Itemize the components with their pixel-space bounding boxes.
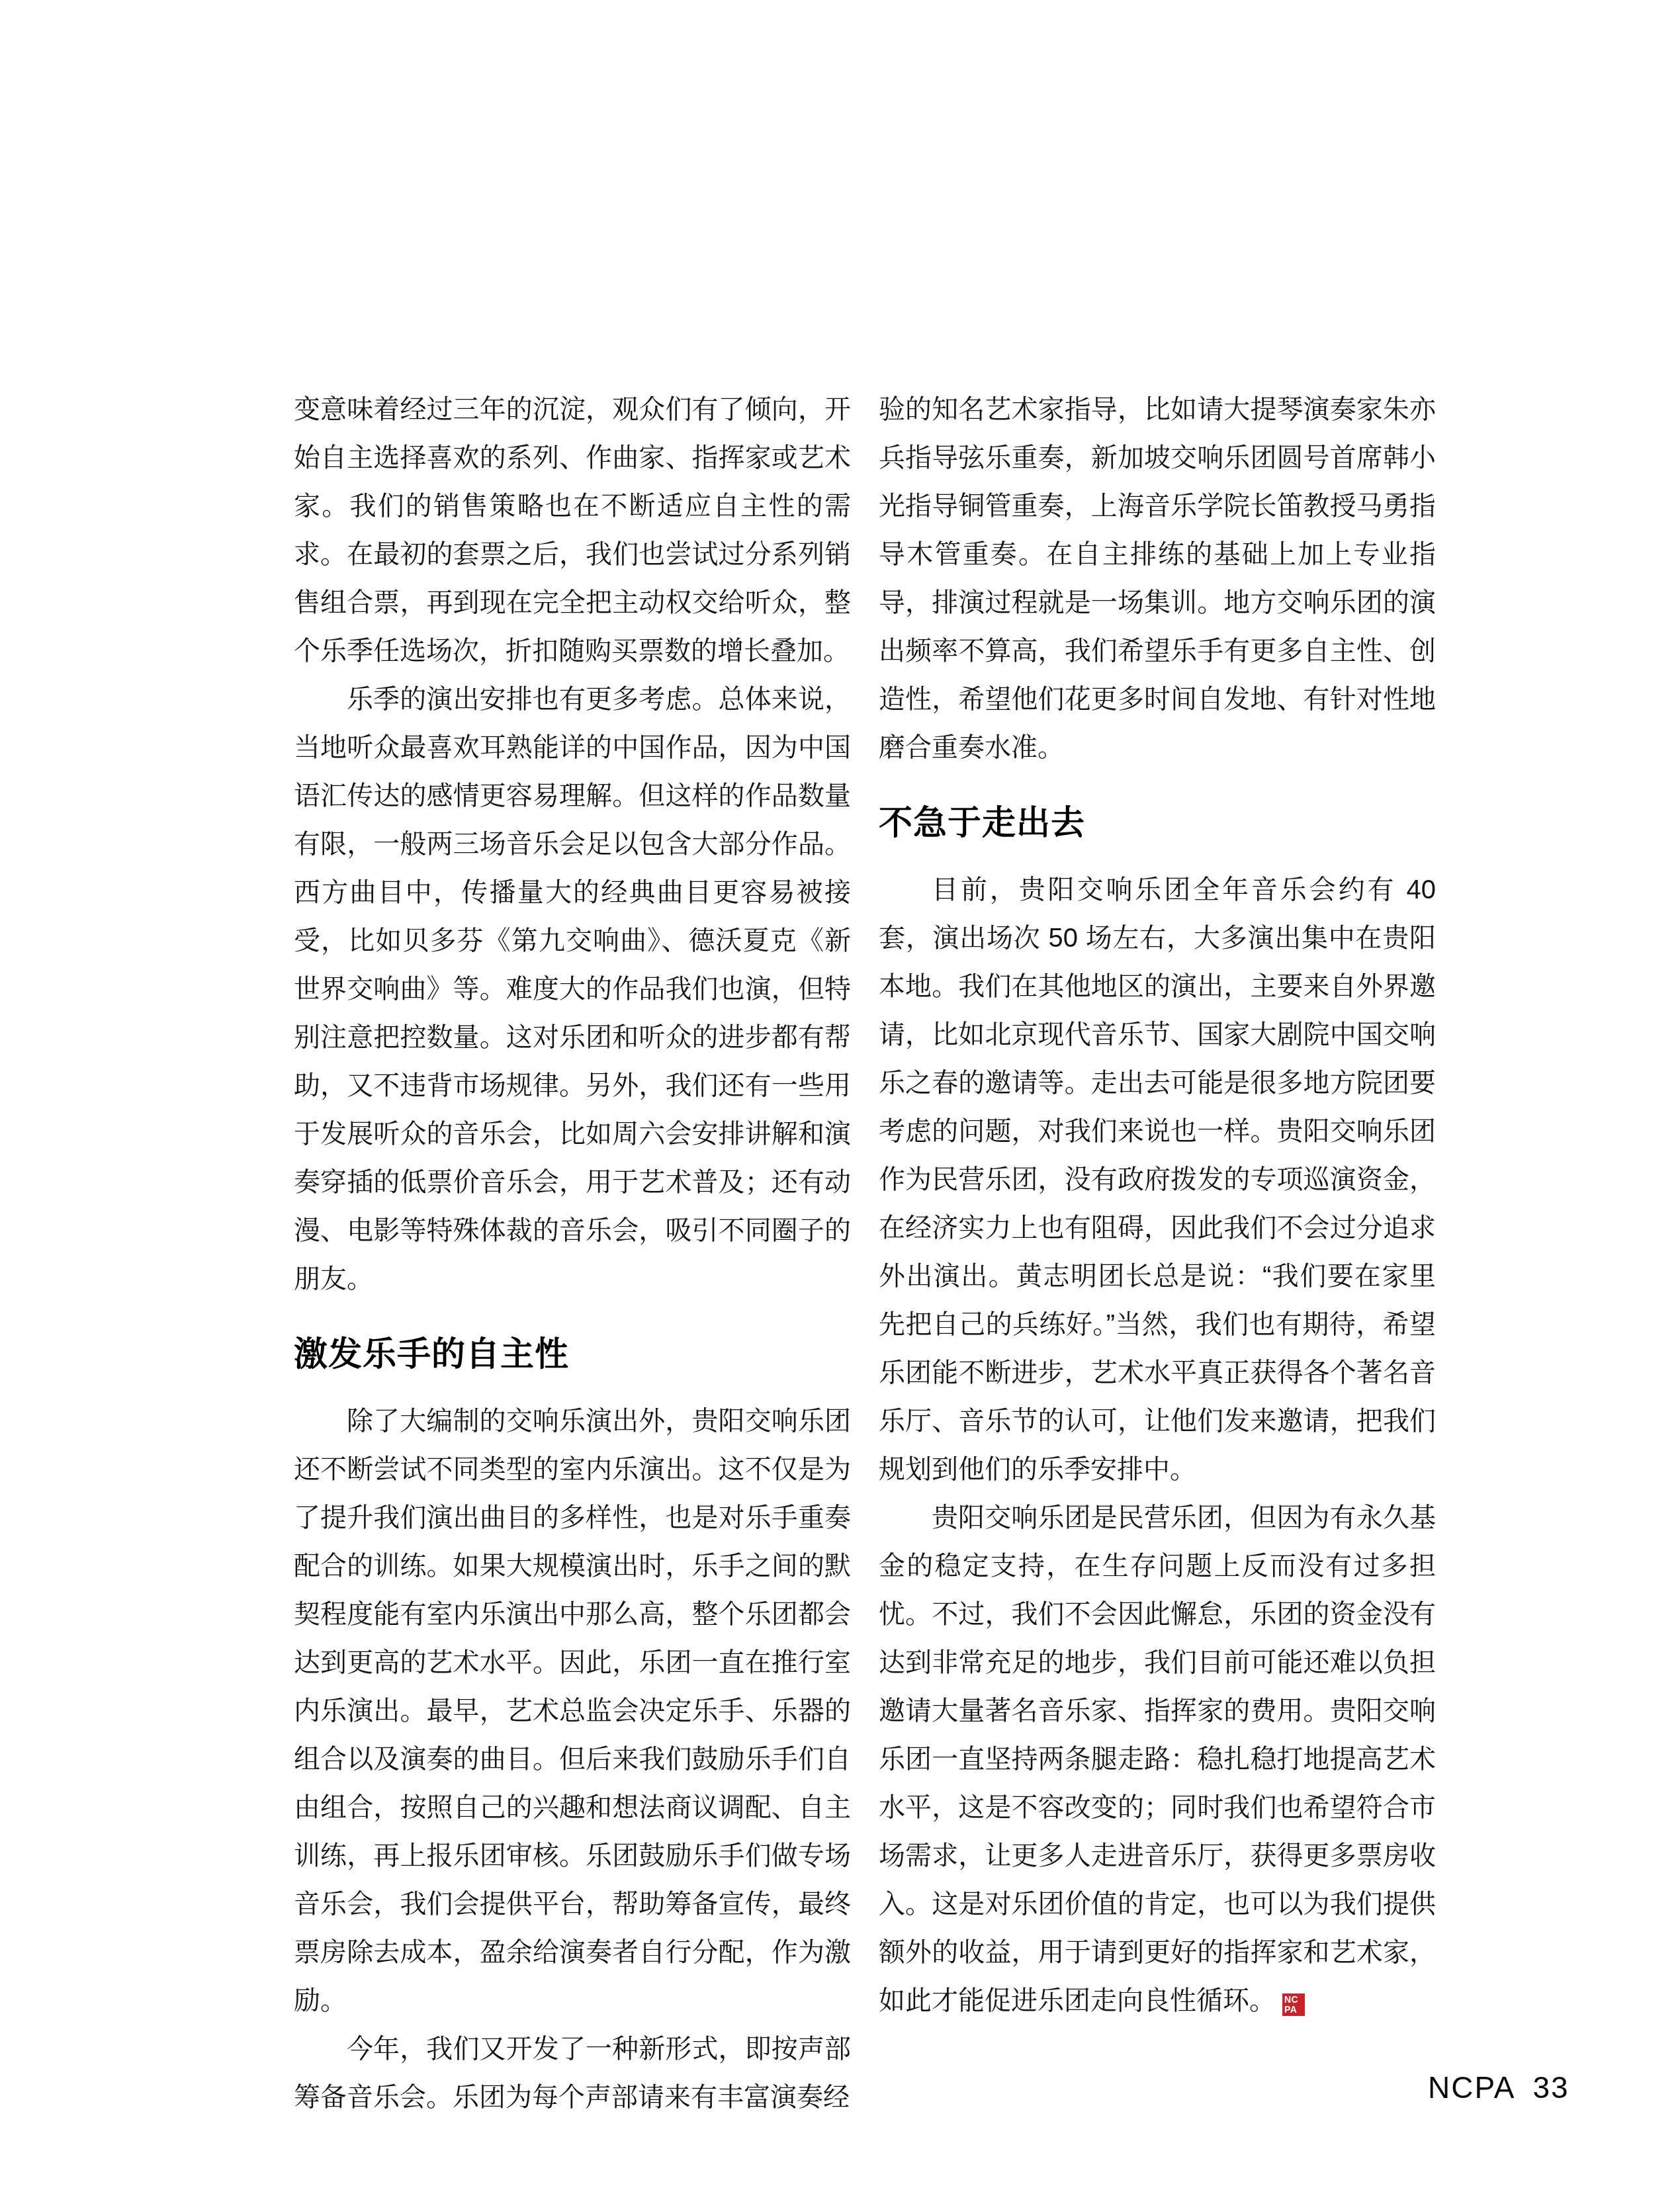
heading-not-rushing-out: 不急于走出去 (879, 804, 1436, 842)
left-column: 变意味着经过三年的沉淀，观众们有了倾向，开始自主选择喜欢的系列、作曲家、指挥家或… (294, 386, 851, 2122)
paragraph-chamber-music: 除了大编制的交响乐演出外，贵阳交响乐团还不断尝试不同类型的室内乐演出。这不仅是为… (294, 1397, 851, 2025)
page-footer: NCPA33 (1428, 2071, 1569, 2104)
paragraph-sales-strategy: 变意味着经过三年的沉淀，观众们有了倾向，开始自主选择喜欢的系列、作曲家、指挥家或… (294, 386, 851, 676)
paragraph-guest-mentors: 验的知名艺术家指导，比如请大提琴演奏家朱亦兵指导弦乐重奏，新加坡交响乐团圆号首席… (879, 386, 1436, 772)
paragraph-local-performances: 目前，贵阳交响乐团全年音乐会约有 40 套，演出场次 50 场左右，大多演出集中… (879, 866, 1436, 1494)
paragraph-season-programming: 乐季的演出安排也有更多考虑。总体来说，当地听众最喜欢耳熟能详的中国作品，因为中国… (294, 676, 851, 1303)
paragraph-funding-text: 贵阳交响乐团是民营乐团，但因为有永久基金的稳定支持，在生存问题上反而没有过多担忧… (879, 1503, 1436, 2015)
ncpa-end-mark-line2: PA (1284, 2005, 1305, 2015)
right-column: 验的知名艺术家指导，比如请大提琴演奏家朱亦兵指导弦乐重奏，新加坡交响乐团圆号首席… (879, 386, 1436, 2025)
paragraph-funding-strategy: 贵阳交响乐团是民营乐团，但因为有永久基金的稳定支持，在生存问题上反而没有过多担忧… (879, 1494, 1436, 2025)
ncpa-end-mark-icon: NC PA (1282, 1993, 1305, 2016)
page-number: 33 (1532, 2070, 1569, 2105)
paragraph-new-format: 今年，我们又开发了一种新形式，即按声部筹备音乐会。乐团为每个声部请来有丰富演奏经 (294, 2025, 851, 2122)
ncpa-end-mark-line1: NC (1284, 1995, 1305, 2005)
magazine-page: 变意味着经过三年的沉淀，观众们有了倾向，开始自主选择喜欢的系列、作曲家、指挥家或… (0, 0, 1680, 2188)
heading-musician-autonomy: 激发乐手的自主性 (294, 1335, 851, 1374)
journal-name: NCPA (1428, 2070, 1515, 2105)
